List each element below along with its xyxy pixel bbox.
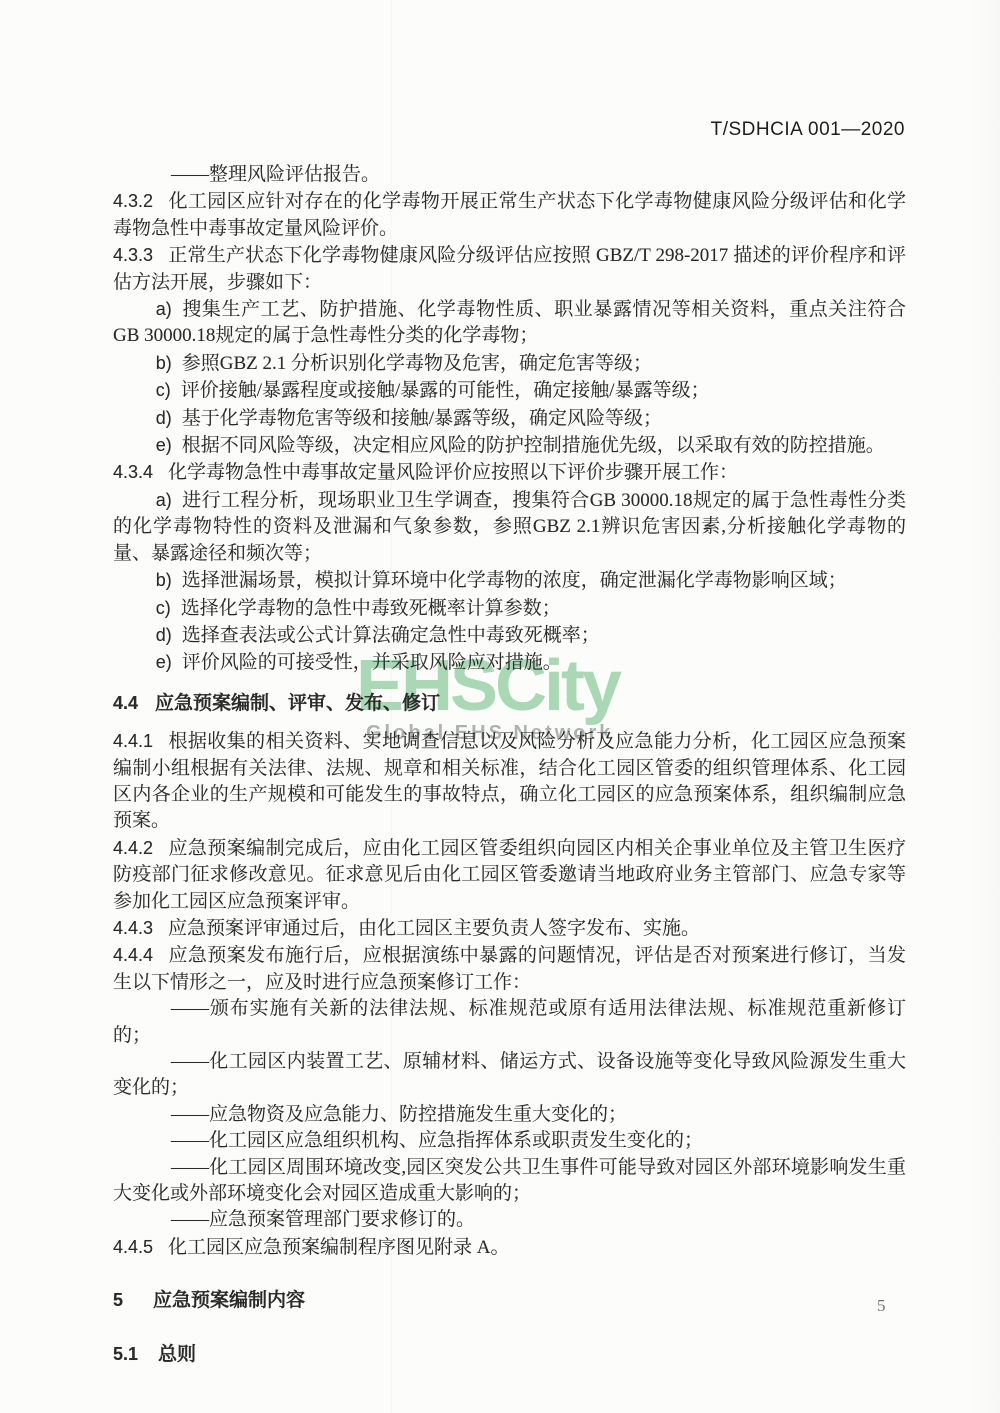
list-item-label: b) (156, 570, 172, 590)
list-item-label: e) (156, 435, 172, 455)
lettered-list-item: d)选择查表法或公式计算法确定急性中毒致死概率； (113, 622, 906, 649)
lettered-list-item: a)进行工程分析，现场职业卫生学调查，搜集符合GB 30000.18规定的属于急… (113, 487, 906, 567)
clause-paragraph: 4.3.4化学毒物急性中毒事故定量风险评价应按照以下评价步骤开展工作： (113, 459, 906, 486)
paragraph-text: 正常生产状态下化学毒物健康风险分级评估应按照 GBZ/T 298-2017 描述… (113, 245, 906, 292)
paragraph-text: 选择查表法或公式计算法确定急性中毒致死概率； (182, 625, 600, 646)
clause-paragraph: 4.4.2应急预案编制完成后，应由化工园区管委组织向园区内相关企事业单位及主管卫… (113, 835, 906, 915)
clause-number: 5.1 (113, 1344, 138, 1364)
dash-list-item: ——颁布实施有关新的法律法规、标准规范或原有适用法律法规、标准规范重新修订的； (113, 996, 906, 1049)
dash-list-item: ——化工园区周围环境改变,园区突发公共卫生事件可能导致对园区外部环境影响发生重大… (113, 1155, 906, 1208)
list-item-label: d) (156, 625, 172, 645)
paragraph-text: 应急预案编制、评审、发布、修订 (155, 693, 440, 714)
paragraph-text: 基于化学毒物危害等级和接触/暴露等级，确定风险等级； (182, 408, 662, 429)
paragraph-text: 应急预案评审通过后，由化工园区主要负责人签字发布、实施。 (168, 918, 700, 939)
paragraph-text: 化工园区应急预案编制程序图见附录 A。 (168, 1237, 509, 1258)
paragraph-text: 选择化学毒物的急性中毒致死概率计算参数； (181, 598, 561, 619)
dash-list-item: ——整理风险评估报告。 (113, 162, 906, 188)
lettered-list-item: e)根据不同风险等级，决定相应风险的防护控制措施优先级，以采取有效的防控措施。 (113, 432, 906, 459)
paragraph-text: 评价风险的可接受性，并采取风险应对措施。 (182, 652, 562, 673)
paragraph-text: ——整理风险评估报告。 (171, 164, 380, 185)
dash-list-item: ——应急物资及应急能力、防控措施发生重大变化的； (113, 1102, 906, 1128)
clause-paragraph: 4.3.3正常生产状态下化学毒物健康风险分级评估应按照 GBZ/T 298-20… (113, 242, 906, 296)
clause-paragraph: 4.3.2化工园区应针对存在的化学毒物开展正常生产状态下化学毒物健康风险分级评估… (113, 188, 906, 242)
lettered-list-item: e)评价风险的可接受性，并采取风险应对措施。 (113, 649, 906, 676)
dash-list-item: ——化工园区应急组织机构、应急指挥体系或职责发生变化的； (113, 1128, 906, 1154)
clause-number: 4.4.3 (113, 918, 153, 938)
clause-paragraph: 4.4.4应急预案发布施行后，应根据演练中暴露的问题情况，评估是否对预案进行修订… (113, 942, 906, 996)
page-number: 5 (877, 1296, 886, 1316)
clause-number: 4.3.2 (113, 191, 153, 211)
clause-number: 4.3.3 (113, 245, 153, 265)
clause-number: 4.4.5 (113, 1237, 153, 1257)
paragraph-text: ——应急预案管理部门要求修订的。 (171, 1209, 475, 1230)
paragraph-text: 根据收集的相关资料、实地调查信息以及风险分析及应急能力分析，化工园区应急预案编制… (113, 731, 906, 831)
paragraph-text: ——化工园区应急组织机构、应急指挥体系或职责发生变化的； (171, 1130, 703, 1151)
section-heading: 4.4应急预案编制、评审、发布、修订 (113, 690, 906, 717)
paragraph-text: 进行工程分析，现场职业卫生学调查，搜集符合GB 30000.18规定的属于急性毒… (113, 490, 906, 564)
clause-number: 4.4.2 (113, 838, 153, 858)
list-item-label: c) (156, 598, 171, 618)
dash-list-item: ——化工园区内装置工艺、原辅材料、储运方式、设备设施等变化导致风险源发生重大变化… (113, 1049, 906, 1102)
paragraph-text: 总则 (158, 1344, 196, 1365)
list-item-label: e) (156, 652, 172, 672)
paragraph-text: ——颁布实施有关新的法律法规、标准规范或原有适用法律法规、标准规范重新修订的； (113, 998, 906, 1045)
paragraph-text: 搜集生产工艺、防护措施、化学毒物性质、职业暴露情况等相关资料，重点关注符合GB … (113, 299, 906, 346)
clause-paragraph: 4.4.3应急预案评审通过后，由化工园区主要负责人签字发布、实施。 (113, 915, 906, 942)
paragraph-text: 评价接触/暴露程度或接触/暴露的可能性，确定接触/暴露等级； (181, 380, 710, 401)
document-body: ——整理风险评估报告。4.3.2化工园区应针对存在的化学毒物开展正常生产状态下化… (113, 162, 906, 1368)
lettered-list-item: a)搜集生产工艺、防护措施、化学毒物性质、职业暴露情况等相关资料，重点关注符合G… (113, 296, 906, 350)
lettered-list-item: c)评价接触/暴露程度或接触/暴露的可能性，确定接触/暴露等级； (113, 377, 906, 404)
document-page: T/SDHCIA 001—2020 EHSCity Global EHS Net… (0, 0, 1000, 1413)
paragraph-text: 化工园区应针对存在的化学毒物开展正常生产状态下化学毒物健康风险分级评估和化学毒物… (113, 191, 906, 238)
lettered-list-item: b)选择泄漏场景，模拟计算环境中化学毒物的浓度，确定泄漏化学毒物影响区域； (113, 567, 906, 594)
list-item-label: c) (156, 380, 171, 400)
paragraph-text: 选择泄漏场景，模拟计算环境中化学毒物的浓度，确定泄漏化学毒物影响区域； (182, 570, 847, 591)
clause-paragraph: 4.4.5化工园区应急预案编制程序图见附录 A。 (113, 1234, 906, 1261)
clause-paragraph: 4.4.1根据收集的相关资料、实地调查信息以及风险分析及应急能力分析，化工园区应… (113, 728, 906, 835)
lettered-list-item: d)基于化学毒物危害等级和接触/暴露等级，确定风险等级； (113, 405, 906, 432)
chapter-heading: 5应急预案编制内容 (113, 1287, 906, 1314)
paragraph-text: 化学毒物急性中毒事故定量风险评价应按照以下评价步骤开展工作： (168, 462, 738, 483)
paragraph-text: 参照GBZ 2.1 分析识别化学毒物及危害，确定危害等级； (182, 353, 652, 374)
clause-number: 4.3.4 (113, 462, 153, 482)
list-item-label: a) (156, 299, 172, 319)
list-item-label: b) (156, 353, 172, 373)
paragraph-text: 应急预案发布施行后，应根据演练中暴露的问题情况，评估是否对预案进行修订，当发生以… (113, 945, 906, 992)
paragraph-text: 应急预案编制完成后，应由化工园区管委组织向园区内相关企事业单位及主管卫生医疗防疫… (113, 838, 906, 912)
lettered-list-item: b)参照GBZ 2.1 分析识别化学毒物及危害，确定危害等级； (113, 350, 906, 377)
clause-number: 4.4.4 (113, 945, 153, 965)
dash-list-item: ——应急预案管理部门要求修订的。 (113, 1207, 906, 1233)
clause-number: 4.4 (113, 693, 138, 713)
standard-code-header: T/SDHCIA 001—2020 (711, 119, 905, 141)
list-item-label: d) (156, 408, 172, 428)
list-item-label: a) (156, 490, 172, 510)
paragraph-text: 根据不同风险等级，决定相应风险的防护控制措施优先级，以采取有效的防控措施。 (182, 435, 885, 456)
paragraph-text: ——化工园区周围环境改变,园区突发公共卫生事件可能导致对园区外部环境影响发生重大… (113, 1157, 906, 1204)
lettered-list-item: c)选择化学毒物的急性中毒致死概率计算参数； (113, 595, 906, 622)
paragraph-text: 应急预案编制内容 (153, 1290, 305, 1311)
paragraph-text: ——化工园区内装置工艺、原辅材料、储运方式、设备设施等变化导致风险源发生重大变化… (113, 1051, 906, 1098)
subsection-heading: 5.1总则 (113, 1341, 906, 1368)
clause-number: 4.4.1 (113, 731, 153, 751)
clause-number: 5 (113, 1290, 123, 1310)
paragraph-text: ——应急物资及应急能力、防控措施发生重大变化的； (171, 1104, 627, 1125)
